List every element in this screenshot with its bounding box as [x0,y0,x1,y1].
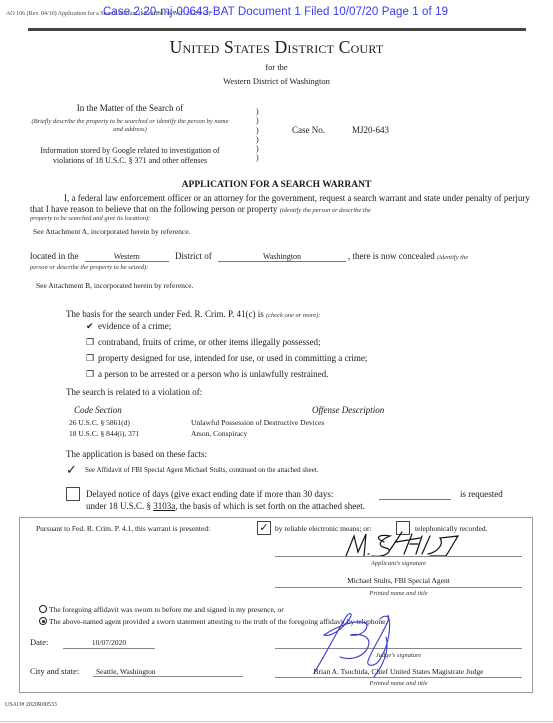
city-state-line [93,676,243,677]
attachment-b: See Attachment B, incorporated herein by… [36,281,193,290]
application-title: APPLICATION FOR A SEARCH WARRANT [0,180,553,190]
delayed-notice-basis: under 18 U.S.C. § 3103a, the basis of wh… [86,501,365,511]
basis-option-label: evidence of a crime; [98,321,171,331]
facts-text: See Affidavit of FBI Special Agent Micha… [85,466,319,474]
delayed-date-field[interactable] [379,499,451,500]
delayed-basis-pre: under 18 U.S.C. § [86,501,153,511]
applicant-signature-caption: Applicant's signature [275,560,522,567]
concealed-text: , there is now concealed [348,251,435,261]
applicant-signature-line [275,556,522,557]
applicant-printed-caption: Printed name and title [275,590,522,597]
attachment-a: See Attachment A, incorporated herein by… [33,227,190,236]
matter-instruction: (Briefly describe the property to be sea… [30,118,230,134]
basis-instruction: (check one or more): [266,312,320,319]
date-line [63,648,155,649]
concealed-instruction-tail: person or describe the property to be se… [30,264,148,271]
delayed-requested-text: is requested [460,489,503,499]
facts-check-icon: ✓ [66,462,77,478]
code-section-cell: 26 U.S.C. § 5861(d) [69,418,130,427]
unchecked-box-icon: ❒ [86,353,95,364]
caption-parens: ) ) ) ) ) ) [256,107,259,163]
case-number: MJ20-643 [352,125,389,135]
code-section-cell: 18 U.S.C. § 844(i), 371 [69,429,139,438]
delayed-notice-checkbox[interactable] [66,487,80,501]
intro-instruction-tail: property to be searched and give its loc… [30,215,150,222]
location-row: located in the Western District of Washi… [30,251,468,262]
matter-heading: In the Matter of the Search of [30,103,230,113]
violation-label: The search is related to a violation of: [66,387,202,397]
located-district-field: Western [85,252,169,262]
electronic-means-checkbox[interactable]: ✓ [257,519,271,537]
basis-option-label: a person to be arrested or a person who … [98,369,328,379]
basis-option-label: property designed for use, intended for … [98,353,367,363]
basis-option[interactable]: ✔evidence of a crime; [86,321,171,332]
judge-name: Brian A. Tsuchida, Chief United States M… [275,667,522,676]
facts-label: The application is based on these facts: [66,449,207,459]
district-of-label: District of [175,251,212,261]
court-title: United States District Court [0,37,553,58]
header-rule [28,28,526,31]
basis-option-label: contraband, fruits of crime, or other it… [98,337,320,347]
located-state-field: Washington [218,252,346,262]
property-description: Information stored by Google related to … [30,146,230,166]
code-section-header: Code Section [74,405,122,415]
unchecked-box-icon: ❒ [86,337,95,348]
basis-option[interactable]: ❒a person to be arrested or a person who… [86,369,328,380]
district-name: Western District of Washington [0,76,553,86]
basis-text: The basis for the search under Fed. R. C… [66,309,264,319]
case-stamp: Case 2:20-mj-00643-BAT Document 1 Filed … [103,6,448,18]
for-the: for the [0,62,553,72]
radio-unselected-icon [39,605,47,613]
pursuant-text: Pursuant to Fed. R. Crim. P. 4.1, this w… [36,524,210,533]
page-bottom-edge [0,721,553,722]
intro-instruction: (identify the person or describe the [280,207,371,214]
located-prefix: located in the [30,251,78,261]
sworn-option-label: The foregoing affidavit was sworn to bef… [49,605,284,614]
electronic-check-icon: ✓ [257,521,271,535]
usao-number: USAO# 2020R00533 [5,702,57,708]
sworn-option[interactable]: The foregoing affidavit was sworn to bef… [39,605,284,614]
concealed-instruction: (identify the [437,254,468,261]
offense-description-cell: Unlawful Possession of Destructive Devic… [191,418,324,427]
judge-printed-caption: Printed name and title [275,680,522,687]
radio-selected-icon [39,617,47,625]
date-label: Date: [30,637,48,647]
delayed-notice-text: Delayed notice of days (give exact endin… [86,489,333,499]
basis-option[interactable]: ❒contraband, fruits of crime, or other i… [86,337,320,348]
applicant-name-line [275,587,522,588]
city-state-field: Seattle, Washington [96,667,156,676]
case-number-label: Case No. [292,125,325,135]
applicant-name: Michael Stults, FBI Special Agent [275,576,522,585]
basis-label: The basis for the search under Fed. R. C… [66,309,320,319]
unchecked-box-icon: ❒ [86,369,95,380]
basis-option[interactable]: ❒property designed for use, intended for… [86,353,367,364]
delayed-basis-post: , the basis of which is set forth on the… [175,501,365,511]
city-state-label: City and state: [30,666,79,676]
statute-link[interactable]: 3103a [153,501,175,511]
judge-name-line [275,677,522,678]
offense-description-header: Offense Description [312,405,384,415]
application-intro: I, a federal law enforcement officer or … [30,193,530,216]
date-field: 10/07/2020 [63,638,155,647]
checked-box-icon: ✔ [86,321,95,332]
offense-description-cell: Arson, Conspiracy [191,429,247,438]
